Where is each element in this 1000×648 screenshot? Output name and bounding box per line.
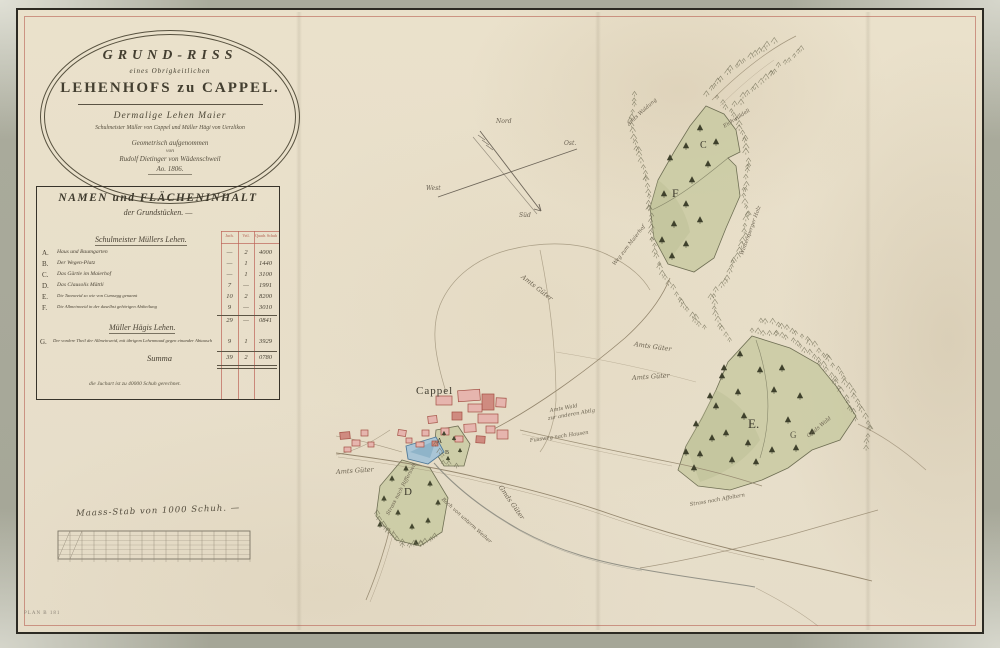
row-key: F. [42, 304, 47, 312]
summa-row: 39 2 0780 [37, 354, 279, 365]
row-juchart: 9 [221, 338, 238, 345]
row-schuh: 1991 [254, 282, 277, 289]
fold-crease [865, 12, 871, 630]
village-label-cappel: Cappel [416, 385, 453, 397]
row-key: A. [42, 249, 49, 257]
summa-rule [217, 351, 277, 352]
area-table: NAMEN und FLÄCHENINHALT der Grundstücken… [36, 186, 280, 400]
row-viertel: 2 [238, 293, 254, 300]
table-row: G. Der vordere Theil der Allmeinweid, mi… [37, 338, 279, 349]
row-desc: Der Wegen-Platz [57, 260, 217, 266]
summa-schuh: 0780 [254, 354, 277, 361]
row-key: E. [42, 293, 48, 301]
summa-viertel: 2 [238, 354, 254, 361]
region-letter-e: E. [748, 416, 759, 432]
row-key: B. [42, 260, 48, 268]
row-juchart: 9 [221, 304, 238, 311]
row-juchart: — [221, 260, 238, 267]
section-haegi-lehen: Müller Hägis Lehen. [109, 323, 175, 334]
subtotal-schuh: 0841 [254, 317, 277, 324]
row-desc: Die Allmeinweid in der daselbst gehörige… [57, 304, 217, 309]
summa-juchart: 39 [221, 354, 238, 361]
region-letter-g: G [790, 430, 797, 440]
col-header-juchart: Juch. [221, 233, 238, 238]
col-header-schuh: Quadr. Schuh [254, 233, 278, 238]
row-desc: Das Clausolis Mättli [57, 282, 217, 288]
row-viertel: 2 [238, 249, 254, 256]
cartouche-lessees: Schulmeister Müller von Cappel und Mülle… [95, 125, 245, 131]
cartouche-von: von [166, 148, 174, 154]
row-key: C. [42, 271, 48, 279]
map-title: GRUND-RISS [103, 48, 238, 64]
row-viertel: 1 [238, 271, 254, 278]
cartouche-survey-note: Geometrisch aufgenommen [132, 139, 209, 147]
compass-north-label: Nord [496, 118, 512, 125]
table-row: A. Haus und Baumgarten — 2 4000 [37, 249, 279, 260]
row-key: D. [42, 282, 49, 290]
row-schuh: 3100 [254, 271, 277, 278]
archive-mark: PLAN B 181 [24, 611, 60, 616]
region-letter-a: A [437, 437, 442, 445]
subtotal-viertel: — [238, 317, 254, 324]
row-juchart: 10 [221, 293, 238, 300]
cartouche-surveyor: Rudolf Dietinger von Wädenschweil [119, 155, 220, 163]
row-desc: Das Gärtle im Maierhof [57, 271, 217, 277]
table-subtitle: der Grundstücken. — [37, 208, 279, 217]
row-schuh: 3929 [254, 338, 277, 345]
fold-crease [595, 12, 601, 630]
col-header-viertel: Vrtl. [238, 233, 254, 238]
compass-east-label: Ost. [564, 140, 576, 147]
cartouche-lessees-heading: Dermalige Lehen Maier [114, 111, 227, 121]
summa-double-rule [217, 368, 277, 369]
region-letter-b: B [445, 450, 449, 456]
row-juchart: 7 [221, 282, 238, 289]
table-row: B. Der Wegen-Platz — 1 1440 [37, 260, 279, 271]
cartouche-rule [78, 104, 263, 105]
table-footnote: die Juchart ist zu 40000 Schuh gerechnet… [89, 381, 181, 387]
row-desc: Die Tannweid so wie von Cumsegg genannt [57, 293, 217, 298]
region-letter-c: C [700, 140, 707, 151]
table-header-rule [221, 243, 279, 244]
row-juchart: — [221, 271, 238, 278]
row-viertel: 1 [238, 338, 254, 345]
row-schuh: 3010 [254, 304, 277, 311]
section-mueller-lehen: Schulmeister Müllers Lehen. [95, 235, 187, 246]
table-row: E. Die Tannweid so wie von Cumsegg genan… [37, 293, 279, 304]
cartouche-year: Ao. 1806. [148, 165, 191, 175]
table-title: NAMEN und FLÄCHENINHALT [37, 192, 279, 204]
table-header-rule [221, 231, 279, 232]
row-schuh: 1440 [254, 260, 277, 267]
compass-south-label: Süd [519, 212, 531, 219]
row-viertel: — [238, 304, 254, 311]
map-sheet: GRUND-RISS eines Obrigkeitlichen LEHENHO… [0, 0, 1000, 648]
row-desc: Der vordere Theil der Allmeinweid, mit ü… [53, 338, 219, 343]
region-letter-f: F [672, 186, 679, 201]
row-schuh: 8200 [254, 293, 277, 300]
summa-double-rule [217, 365, 277, 366]
map-subtitle-1: eines Obrigkeitlichen [129, 67, 210, 75]
row-schuh: 4000 [254, 249, 277, 256]
table-row: D. Das Clausolis Mättli 7 — 1991 [37, 282, 279, 293]
title-cartouche: GRUND-RISS eines Obrigkeitlichen LEHENHO… [40, 30, 300, 204]
row-desc: Haus und Baumgarten [57, 249, 217, 255]
row-viertel: — [238, 282, 254, 289]
row-viertel: 1 [238, 260, 254, 267]
subtotal-rule [217, 315, 277, 316]
compass-west-label: West [426, 185, 441, 192]
table-row: F. Die Allmeinweid in der daselbst gehör… [37, 304, 279, 315]
map-title-2: LEHENHOFS zu CAPPEL. [60, 80, 280, 97]
subtotal-juchart: 29 [221, 317, 238, 324]
row-juchart: — [221, 249, 238, 256]
row-key: G. [40, 338, 47, 346]
table-row: C. Das Gärtle im Maierhof — 1 3100 [37, 271, 279, 282]
